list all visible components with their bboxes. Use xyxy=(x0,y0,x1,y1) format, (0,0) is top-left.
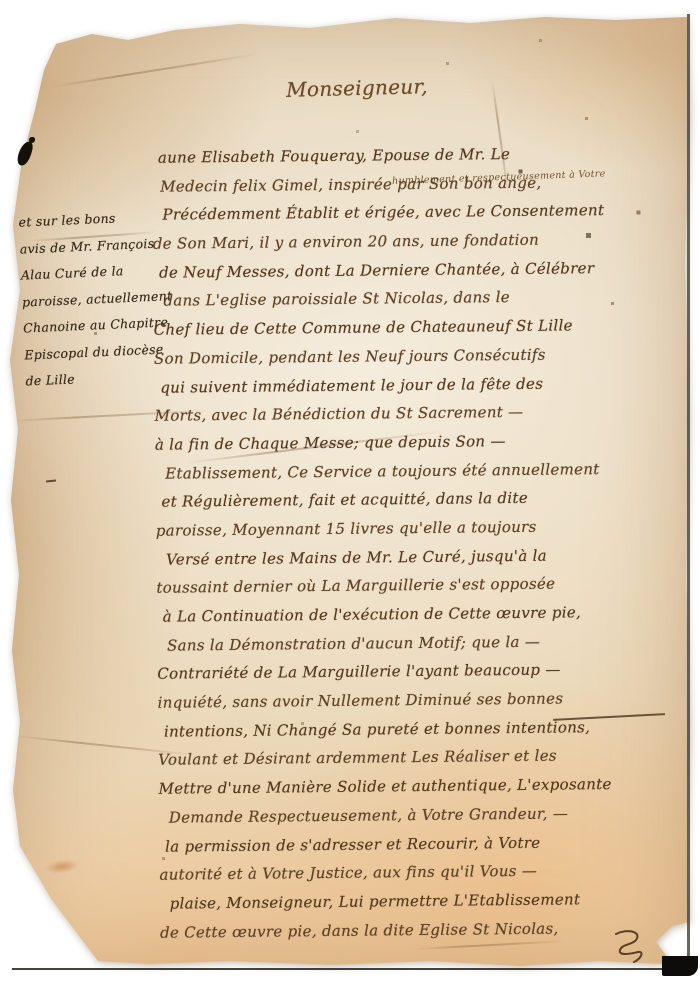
scan-edge-right xyxy=(687,14,690,972)
edge-ink-mark xyxy=(46,479,56,482)
rust-stain xyxy=(44,858,79,876)
paraph-flourish xyxy=(608,928,650,966)
letter-body: aune Elisabeth Fouqueray, Epouse de Mr. … xyxy=(152,143,682,952)
foxing-speckles xyxy=(0,0,1,1)
crease-line xyxy=(50,53,258,88)
scanned-manuscript-page: Monseigneur, et sur les bons avis de Mr.… xyxy=(0,0,700,990)
body-line: de Cette œuvre pie, dans la dite Eglise … xyxy=(160,918,682,952)
scan-edge-bottom xyxy=(12,968,688,970)
scan-corner-black xyxy=(662,956,698,976)
